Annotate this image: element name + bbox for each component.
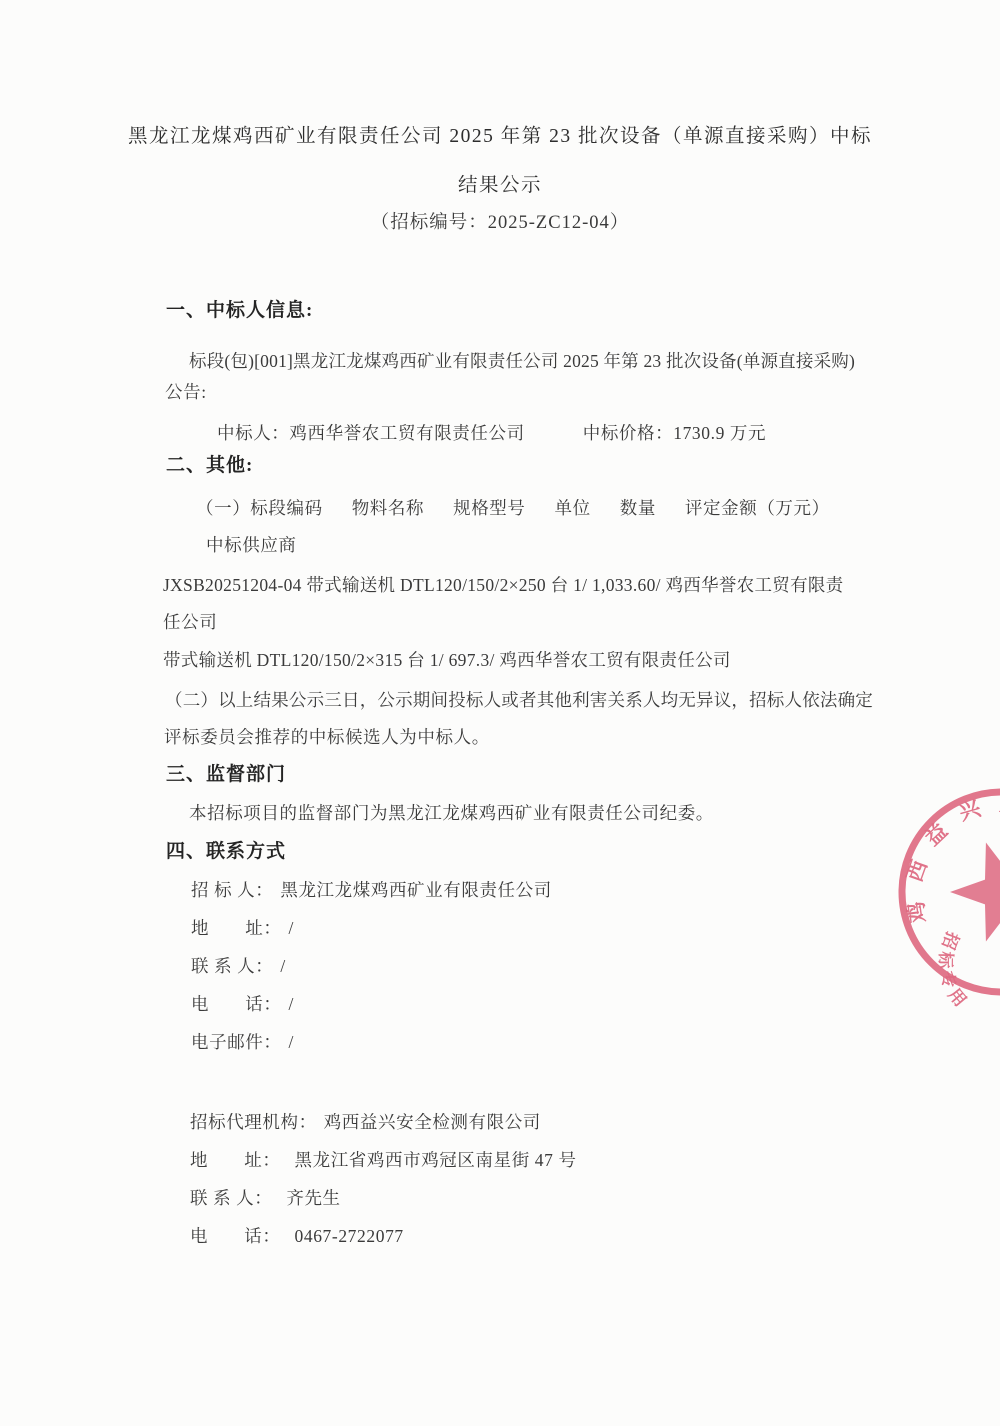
agency-label: 招标代理机构： (190, 1109, 317, 1135)
contact-line: 电子邮件：/ (191, 1029, 294, 1055)
contact-line: 联 系 人：/ (191, 953, 286, 979)
company-seal-stamp: 鸡西益兴安全 招标专用 (862, 752, 1000, 1032)
table-header-cell: 评定金额（万元） (685, 495, 830, 521)
section1-winner-line: 中标人：鸡西华誉农工贸有限责任公司中标价格：1730.9 万元 (217, 420, 766, 446)
agency-value: 黑龙江省鸡西市鸡冠区南星街 47 号 (295, 1150, 577, 1170)
section2-note-line: 评标委员会推荐的中标候选人为中标人。 (164, 724, 490, 750)
contact-label: 联 系 人： (191, 953, 273, 979)
section2-note-line: （二）以上结果公示三日，公示期间投标人或者其他利害关系人均无异议，招标人依法确定 (165, 687, 873, 713)
section1-package-line: 标段(包)[001]黑龙江龙煤鸡西矿业有限责任公司 2025 年第 23 批次设… (189, 348, 855, 374)
table-row: JXSB20251204-04 带式输送机 DTL120/150/2×250 台… (163, 572, 843, 598)
contact-value: / (280, 956, 285, 976)
contact-label: 电子邮件： (191, 1029, 282, 1055)
seal-bottom-text: 招标专用 (936, 928, 973, 1014)
contact-line: 地 址：/ (191, 915, 294, 941)
section2-heading: 二、其他: (166, 453, 253, 479)
section3-body: 本招标项目的监督部门为黑龙江龙煤鸡西矿业有限责任公司纪委。 (189, 800, 714, 826)
section1-package-cont: 公告: (165, 379, 207, 405)
agency-value: 鸡西益兴安全检测有限公司 (324, 1112, 541, 1132)
section4-heading: 四、联系方式 (166, 839, 286, 865)
agency-line: 招标代理机构：鸡西益兴安全检测有限公司 (190, 1109, 541, 1135)
agency-value: 0467-2722077 (295, 1226, 404, 1246)
contact-line: 电 话：/ (191, 991, 294, 1017)
agency-line: 联 系 人：齐先生 (190, 1185, 341, 1211)
table-row: 带式输送机 DTL120/150/2×315 台 1/ 697.3/ 鸡西华誉农… (163, 647, 731, 673)
contact-value: 黑龙江龙煤鸡西矿业有限责任公司 (280, 880, 552, 900)
price-value: 1730.9 万元 (673, 423, 766, 443)
agency-value: 齐先生 (286, 1188, 340, 1208)
table-row: 任公司 (163, 609, 217, 635)
price-label: 中标价格： (583, 423, 674, 443)
winner-label: 中标人： (217, 423, 289, 443)
agency-line: 电 话：0467-2722077 (190, 1223, 404, 1249)
table-header-cont: 中标供应商 (206, 532, 297, 558)
tender-number: （招标编号：2025-ZC12-04） (0, 210, 1000, 236)
table-header-row: （一）标段编码 物料名称 规格型号 单位 数量 评定金额（万元） (196, 495, 830, 521)
contact-label: 电 话： (191, 991, 282, 1017)
title-line-2: 结果公示 (0, 173, 1000, 199)
seal-star-icon (950, 843, 1000, 942)
table-header-cell: （一）标段编码 (196, 495, 323, 521)
contact-value: / (289, 1032, 294, 1052)
table-header-cell: 数量 (620, 495, 656, 521)
table-header-cell: 物料名称 (352, 495, 424, 521)
contact-label: 招 标 人： (191, 877, 273, 903)
agency-label: 联 系 人： (190, 1185, 272, 1211)
agency-label: 电 话： (190, 1223, 281, 1249)
document-page: 黑龙江龙煤鸡西矿业有限责任公司 2025 年第 23 批次设备（单源直接采购）中… (0, 0, 1000, 1426)
section3-heading: 三、监督部门 (166, 762, 286, 788)
contact-line: 招 标 人：黑龙江龙煤鸡西矿业有限责任公司 (191, 877, 552, 903)
contact-label: 地 址： (191, 915, 282, 941)
contact-value: / (289, 918, 294, 938)
agency-label: 地 址： (190, 1147, 281, 1173)
contact-value: / (289, 994, 294, 1014)
section1-heading: 一、中标人信息: (166, 298, 313, 324)
table-header-cell: 规格型号 (453, 495, 525, 521)
title-line-1: 黑龙江龙煤鸡西矿业有限责任公司 2025 年第 23 批次设备（单源直接采购）中… (0, 124, 1000, 150)
agency-line: 地 址：黑龙江省鸡西市鸡冠区南星街 47 号 (190, 1147, 577, 1173)
table-header-cell: 单位 (555, 495, 591, 521)
winner-name: 鸡西华誉农工贸有限责任公司 (289, 423, 524, 443)
